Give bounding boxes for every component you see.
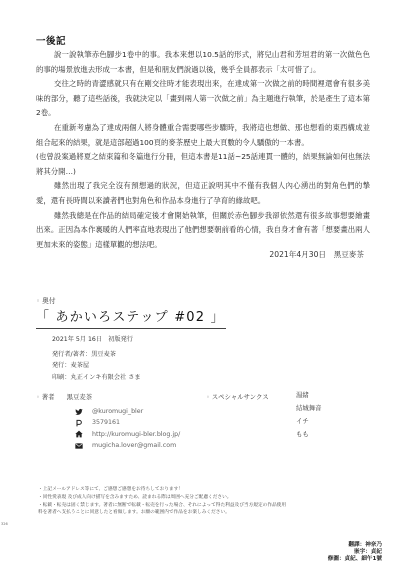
note-item: ・同性愛表現 及び成人向け描写を含みますため、読まれる際は周囲へ充分ご配慮くださ…	[38, 495, 288, 502]
afterword-paragraph: 在重新考慮為了達成兩個人將身體重合需要哪些步驟時，我將這也想做、那也想看的東西構…	[36, 121, 370, 150]
colophon-label-text: 奥付	[42, 297, 56, 305]
contact-twitter: @kuromugi_bler	[74, 406, 180, 417]
afterword-paragraph: 雖然我總是在作品的結局確定後才會開始執筆，但關於赤色腳步我卻依然還有很多故事想要…	[36, 209, 370, 253]
thanks-name: もも	[296, 428, 322, 441]
thanks-name: イチ	[296, 415, 322, 428]
author-name: 黒豆麦茶	[67, 392, 93, 401]
publication-date: 2021年 5月 16日 初版発行	[52, 334, 141, 346]
afterword-paragraph: 雖然出現了我完全沒有預想過的狀況，但這正說明其中不僅有我個人內心湧出的對角色們的…	[36, 179, 370, 208]
notes-section: ・上記メールアドレス等にて、ご感想ご感想をお待ちしております！ ・同性愛表現 及…	[38, 487, 288, 518]
printer: 印刷：丸正インキ有限会社 さま	[52, 372, 141, 384]
contact-website: http://kuromugi-bler.blog.jp/	[74, 429, 180, 440]
colophon-details: 2021年 5月 16日 初版発行 発行者/著者：黒豆麦茶 発行：麦茶屋 印刷：…	[52, 334, 141, 383]
author-section: ◦著者 黒豆麦茶	[36, 392, 92, 401]
afterword-paragraph: 說一說執筆赤色腳步1卷中的事。我本來想以10.5話的形式，將兒山君和芳垣君的第一…	[36, 48, 370, 77]
publisher: 発行：麦茶屋	[52, 360, 141, 372]
blog-url[interactable]: http://kuromugi-bler.blog.jp/	[92, 431, 180, 438]
note-item: ・転載・転売は固く禁じます。著者に無断で転載・転売を行った場合、それによって得た…	[38, 503, 288, 516]
thanks-name: 結城舞音	[296, 402, 322, 415]
credit-editing: 修圖：貞紀、細午1號	[328, 556, 382, 563]
home-icon	[74, 430, 84, 438]
author-contacts: @kuromugi_bler 3579161 http://kuromugi-b…	[74, 406, 180, 451]
document-page: 一後記 說一說執筆赤色腳步1卷中的事。我本來想以10.5話的形式，將兒山君和芳垣…	[0, 0, 400, 568]
translation-credits: 翻譯：神奈乃 嵌字：貞紀 修圖：貞紀、細午1號	[328, 542, 382, 563]
afterword-signature: 2021年4月30日 黑豆麥茶	[269, 249, 364, 260]
thanks-name: 湯緒	[296, 389, 322, 402]
pixiv-id[interactable]: 3579161	[92, 419, 120, 426]
colophon-label: ◦奥付	[36, 295, 56, 305]
contact-pixiv: 3579161	[74, 417, 180, 428]
special-thanks-section: ◦スペシャルサンクス 湯緒 結城舞音 イチ もも	[206, 392, 322, 441]
publisher-author: 発行者/著者：黒豆麦茶	[52, 349, 141, 361]
twitter-handle[interactable]: @kuromugi_bler	[92, 408, 143, 415]
credit-translation: 翻譯：神奈乃	[328, 542, 382, 549]
author-label: ◦著者	[36, 392, 55, 401]
special-thanks-list: 湯緒 結城舞音 イチ もも	[296, 389, 322, 441]
afterword-title: 一後記	[36, 33, 66, 47]
contact-email: mugicha.lover@gmail.com	[74, 440, 180, 451]
afterword-paragraph: (也曾設案過將夏之結束篇和冬篇進行分冊，但這本書是11話~25話連貫一體的，結果…	[36, 150, 370, 179]
page-side-mark: 326	[1, 522, 6, 527]
mail-icon	[74, 442, 84, 450]
special-thanks-label: ◦スペシャルサンクス	[206, 392, 296, 441]
afterword-body: 說一說執筆赤色腳步1卷中的事。我本來想以10.5話的形式，將兒山君和芳垣君的第一…	[36, 48, 370, 252]
twitter-icon	[74, 408, 84, 416]
afterword-paragraph: 交往之時的青澀感就只有在剛交往時才能表現出來，在達成第一次做之前的時間裡還會有很…	[36, 77, 370, 121]
pixiv-icon	[74, 419, 84, 427]
email-address[interactable]: mugicha.lover@gmail.com	[92, 442, 176, 449]
credit-typesetting: 嵌字：貞紀	[328, 549, 382, 556]
note-item: ・上記メールアドレス等にて、ご感想ご感想をお待ちしております！	[38, 487, 288, 494]
book-title: 「 あかいろステップ #02 」	[36, 306, 226, 329]
bullet-dot: ◦	[36, 297, 40, 305]
